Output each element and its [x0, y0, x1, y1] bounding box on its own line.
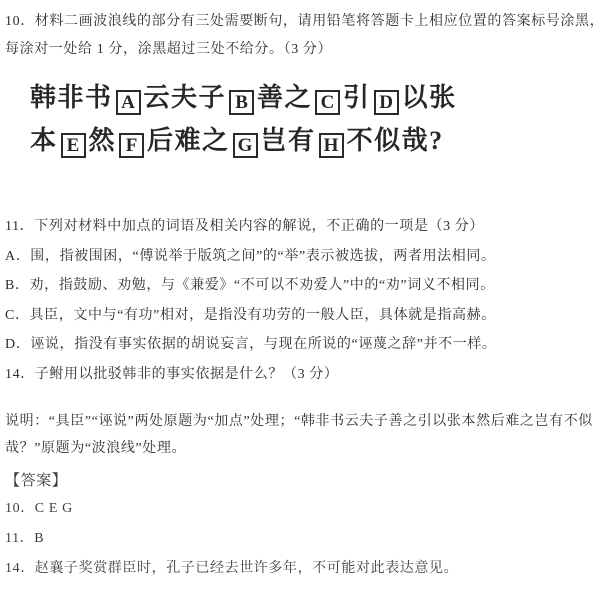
question-11-block: 11．下列对材料中加点的词语及相关内容的解说，不正确的一项是（3 分） A．围，…: [5, 212, 590, 390]
passage-text-segment: 不似哉?: [347, 126, 444, 155]
passage-text-segment: 岂有: [261, 126, 316, 155]
question-10-line-1: 10．材料二画波浪线的部分有三处需要断句，请用铅笔将答题卡上相应位置的答案标号涂…: [5, 8, 590, 36]
answer-item-10: 10．C E G: [5, 494, 590, 524]
passage-text-segment: 本: [30, 126, 58, 155]
passage-text-segment: 以张: [402, 83, 457, 112]
answer-key-header: 【答案】: [5, 468, 590, 494]
passage-text-segment: 引: [343, 83, 371, 112]
passage-text-segment: 韩非书: [30, 83, 113, 112]
passage-text-segment: 然: [89, 126, 117, 155]
answer-box-f: F: [119, 133, 144, 158]
answer-box-b: B: [229, 90, 254, 115]
answer-box-c: C: [315, 90, 340, 115]
question-11-option-b: B．劝，指鼓励、劝勉，与《兼爱》“不可以不劝爱人”中的“劝”词义不相同。: [5, 271, 590, 301]
note-block: 说明：“具臣”“诬说”两处原题为“加点”处理；“韩非书云夫子善之引以张本然后难之…: [5, 408, 590, 462]
passage-text-segment: 云夫子: [144, 83, 227, 112]
question-11-stem: 11．下列对材料中加点的词语及相关内容的解说，不正确的一项是（3 分）: [5, 212, 590, 242]
passage-with-answer-boxes: 韩非书A云夫子B善之C引D以张 本E然F后难之G岂有H不似哉?: [30, 76, 590, 162]
answer-box-d: D: [374, 90, 399, 115]
answer-box-h: H: [319, 133, 344, 158]
answer-item-14: 14．赵襄子奖赏群臣时，孔子已经去世许多年，不可能对此表达意见。: [5, 554, 590, 584]
answer-key-block: 【答案】 10．C E G 11．B 14．赵襄子奖赏群臣时，孔子已经去世许多年…: [5, 468, 590, 584]
note-text: 说明：“具臣”“诬说”两处原题为“加点”处理；“韩非书云夫子善之引以张本然后难之…: [5, 408, 593, 462]
question-10-line-2: 每涂对一处给 1 分，涂黑超过三处不给分。（3 分）: [5, 36, 590, 64]
question-11-option-a: A．围，指被围困，“傅说举于版筑之间”的“举”表示被选拔，两者用法相同。: [5, 242, 590, 272]
passage-text-segment: 善之: [257, 83, 312, 112]
question-10-block: 10．材料二画波浪线的部分有三处需要断句，请用铅笔将答题卡上相应位置的答案标号涂…: [5, 8, 590, 64]
answer-box-g: G: [233, 133, 258, 158]
answer-item-11: 11．B: [5, 524, 590, 554]
passage-text-segment: 后难之: [147, 126, 230, 155]
question-11-option-d: D．诬说，指没有事实依据的胡说妄言，与现在所说的“诬蔑之辞”并不一样。: [5, 330, 590, 360]
question-11-option-c: C．具臣，文中与“有功”相对，是指没有功劳的一般人臣，具体就是指高赫。: [5, 301, 590, 331]
passage-line-1: 韩非书A云夫子B善之C引D以张: [30, 76, 590, 119]
answer-box-e: E: [61, 133, 86, 158]
question-14-stem: 14．子鲋用以批驳韩非的事实依据是什么？（3 分）: [5, 360, 590, 390]
answer-box-a: A: [116, 90, 141, 115]
passage-line-2: 本E然F后难之G岂有H不似哉?: [30, 119, 590, 162]
exam-document-page: 10．材料二画波浪线的部分有三处需要断句，请用铅笔将答题卡上相应位置的答案标号涂…: [0, 0, 594, 612]
